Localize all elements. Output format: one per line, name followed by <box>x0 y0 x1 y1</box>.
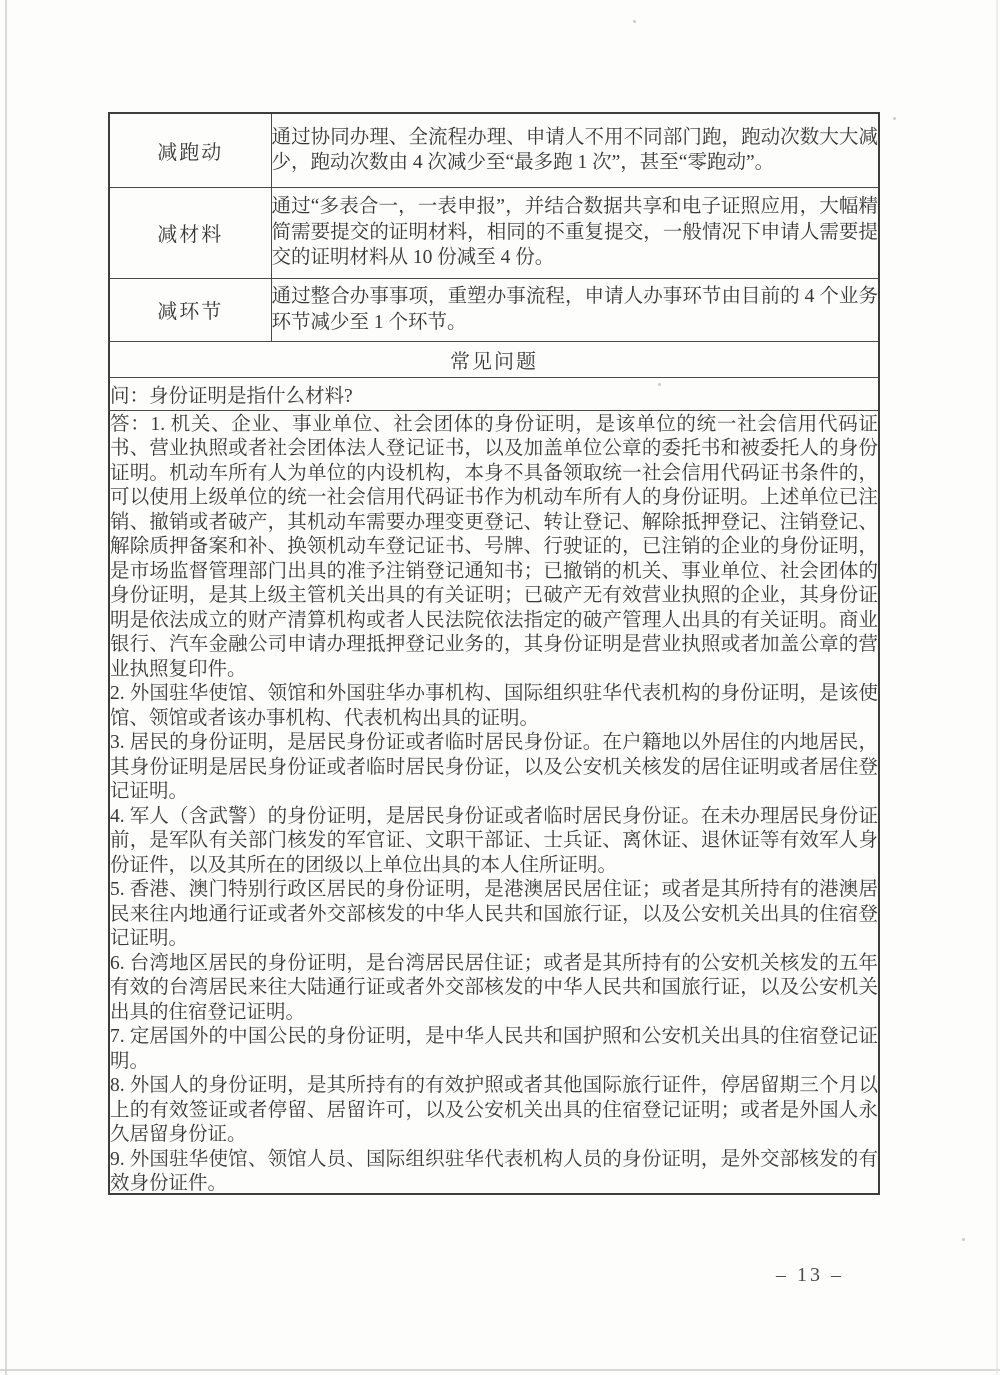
answer-paragraph-5: 5. 香港、澳门特别行政区居民的身份证明，是港澳居民居住证；或者是其所持有的港澳… <box>110 878 878 952</box>
answer-paragraph-8: 8. 外国人的身份证明，是其所持有的有效护照或者其他国际旅行证件，停居留期三个月… <box>110 1074 878 1148</box>
scan-speck <box>633 20 636 23</box>
measure-label: 减材料 <box>109 187 271 278</box>
table-row-reduce-steps: 减环节 通过整合办事事项，重塑办事流程，申请人办事环节由目前的 4 个业务环节减… <box>109 278 879 341</box>
document-page: 减跑动 通过协同办理、全流程办理、申请人不用不同部门跑，跑动次数大大减少，跑动次… <box>0 0 1000 1375</box>
answer-paragraph-9: 9. 外国驻华使馆、领馆人员、国际组织驻华代表机构人员的身份证明，是外交部核发的… <box>110 1148 878 1191</box>
answer-paragraph-4: 4. 军人（含武警）的身份证明，是居民身份证或者临时居民身份证。在未办理居民身份… <box>110 805 878 879</box>
faq-header: 常见问题 <box>109 341 879 377</box>
faq-table: 减跑动 通过协同办理、全流程办理、申请人不用不同部门跑，跑动次数大大减少，跑动次… <box>108 112 880 1195</box>
answer-paragraph-7: 7. 定居国外的中国公民的身份证明，是中华人民共和国护照和公安机关出具的住宿登记… <box>110 1025 878 1074</box>
answer-paragraph-3: 3. 居民的身份证明，是居民身份证或者临时居民身份证。在户籍地以外居住的内地居民… <box>110 731 878 805</box>
faq-answer: 答：1. 机关、企业、事业单位、社会团体的身份证明，是该单位的统一社会信用代码证… <box>110 413 878 1191</box>
measure-label: 减环节 <box>109 278 271 341</box>
answer-paragraph-2: 2. 外国驻华使馆、领馆和外国驻华办事机构、国际组织驻华代表机构的身份证明，是该… <box>110 682 878 731</box>
table-row-question: 问：身份证明是指什么材料? <box>109 377 879 410</box>
table-row-faq-header: 常见问题 <box>109 341 879 377</box>
scan-speck <box>893 117 896 120</box>
measure-description: 通过协同办理、全流程办理、申请人不用不同部门跑，跑动次数大大减少，跑动次数由 4… <box>271 113 879 187</box>
answer-paragraph-1: 答：1. 机关、企业、事业单位、社会团体的身份证明，是该单位的统一社会信用代码证… <box>110 413 878 683</box>
scan-edge-right <box>996 0 998 1375</box>
table-row-reduce-trips: 减跑动 通过协同办理、全流程办理、申请人不用不同部门跑，跑动次数大大减少，跑动次… <box>109 113 879 187</box>
table-row-reduce-materials: 减材料 通过“多表合一，一表申报”，并结合数据共享和电子证照应用，大幅精简需要提… <box>109 187 879 278</box>
answer-paragraph-6: 6. 台湾地区居民的身份证明，是台湾居民居住证；或者是其所持有的公安机关核发的五… <box>110 952 878 1026</box>
faq-question: 问：身份证明是指什么材料? <box>109 377 879 410</box>
measure-label: 减跑动 <box>109 113 271 187</box>
page-number: – 13 – <box>760 1264 860 1287</box>
table-row-answer: 答：1. 机关、企业、事业单位、社会团体的身份证明，是该单位的统一社会信用代码证… <box>109 410 879 1194</box>
measure-description: 通过“多表合一，一表申报”，并结合数据共享和电子证照应用，大幅精简需要提交的证明… <box>271 187 879 278</box>
scan-edge-left <box>5 0 7 1375</box>
measure-description: 通过整合办事事项，重塑办事流程，申请人办事环节由目前的 4 个业务环节减少至 1… <box>271 278 879 341</box>
scan-speck <box>962 1238 965 1241</box>
faq-answer-cell: 答：1. 机关、企业、事业单位、社会团体的身份证明，是该单位的统一社会信用代码证… <box>109 410 879 1194</box>
scan-edge-bottom <box>0 1369 1000 1371</box>
